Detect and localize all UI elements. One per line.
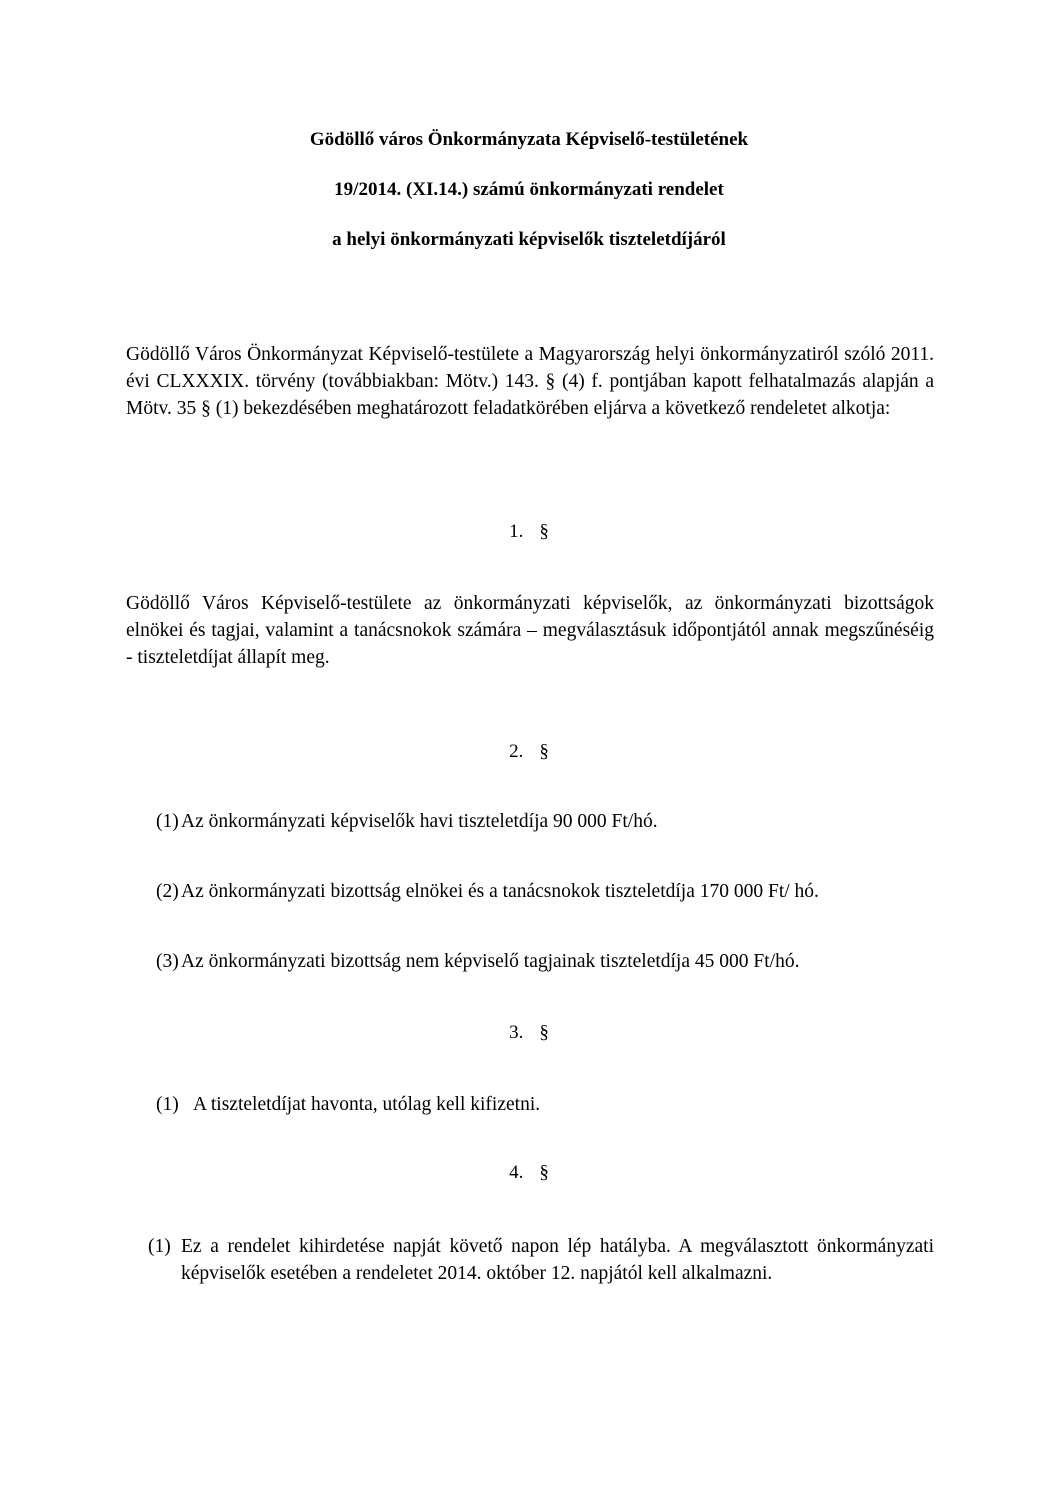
item-label: (2) <box>156 878 179 905</box>
section-1-heading: 1.§ <box>0 521 1058 543</box>
item-text: Ez a rendelet kihirdetése napját követő … <box>181 1233 934 1287</box>
section-number: 2. <box>509 741 523 763</box>
section-number: 3. <box>509 1022 523 1044</box>
section-3-heading: 3.§ <box>0 1022 1058 1044</box>
document-title-line-3: a helyi önkormányzati képviselők tisztel… <box>0 229 1058 251</box>
item-text: Az önkormányzati bizottság elnökei és a … <box>181 878 819 905</box>
item-text: Az önkormányzati képviselők havi tisztel… <box>181 808 658 835</box>
item-text: Az önkormányzati bizottság nem képviselő… <box>181 948 799 975</box>
section-4-heading: 4.§ <box>0 1162 1058 1184</box>
item-label: (1) <box>156 1091 179 1118</box>
item-label: (3) <box>156 948 179 975</box>
item-label: (1) <box>148 1233 171 1260</box>
section-4-item-1: (1) Ez a rendelet kihirdetése napját köv… <box>148 1233 934 1323</box>
section-number: 1. <box>509 521 523 543</box>
section-1-body: Gödöllő Város Képviselő-testülete az önk… <box>126 590 934 671</box>
section-symbol: § <box>539 1162 549 1183</box>
section-number: 4. <box>509 1162 523 1184</box>
section-symbol: § <box>539 521 549 542</box>
document-title-line-2: 19/2014. (XI.14.) számú önkormányzati re… <box>0 179 1058 201</box>
section-2-heading: 2.§ <box>0 741 1058 763</box>
item-label: (1) <box>156 808 179 835</box>
item-text: A tiszteletdíjat havonta, utólag kell ki… <box>193 1091 540 1118</box>
document-title-line-1: Gödöllő város Önkormányzata Képviselő-te… <box>0 129 1058 151</box>
section-symbol: § <box>539 1022 549 1043</box>
preamble-paragraph: Gödöllő Város Önkormányzat Képviselő-tes… <box>126 341 934 422</box>
section-symbol: § <box>539 741 549 762</box>
